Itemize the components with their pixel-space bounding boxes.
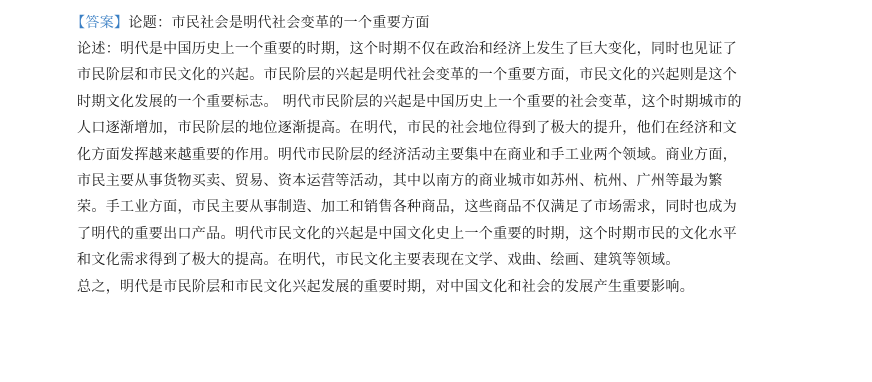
argument-line: 时期文化发展的一个重要标志。 明代市民阶层的兴起是中国历史上一个重要的社会变革，…	[77, 89, 857, 115]
thesis-line: 【答案】论题：市民社会是明代社会变革的一个重要方面	[77, 10, 857, 36]
argument-line: 市民主要从事货物买卖、贸易、资本运营等活动，其中以南方的商业城市如苏州、杭州、广…	[77, 168, 857, 194]
argument-paragraph: 论述：明代是中国历史上一个重要的时期，这个时期不仅在政治和经济上发生了巨大变化，…	[77, 36, 857, 274]
conclusion-line: 总之，明代是市民阶层和市民文化兴起发展的重要时期，对中国文化和社会的发展产生重要…	[77, 274, 857, 300]
argument-line: 市民阶层和市民文化的兴起。市民阶层的兴起是明代社会变革的一个重要方面，市民文化的…	[77, 62, 857, 88]
argument-line: 化方面发挥越来越重要的作用。明代市民阶层的经济活动主要集中在商业和手工业两个领域…	[77, 142, 857, 168]
argument-line: 人口逐渐增加，市民阶层的地位逐渐提高。在明代，市民的社会地位得到了极大的提升，他…	[77, 115, 857, 141]
argument-line: 论述：明代是中国历史上一个重要的时期，这个时期不仅在政治和经济上发生了巨大变化，…	[77, 36, 857, 62]
thesis-text: 论题：市民社会是明代社会变革的一个重要方面	[128, 15, 429, 31]
argument-line: 荣。手工业方面，市民主要从事制造、加工和销售各种商品，这些商品不仅满足了市场需求…	[77, 194, 857, 220]
argument-line: 和文化需求得到了极大的提高。在明代，市民文化主要表现在文学、戏曲、绘画、建筑等领…	[77, 247, 857, 273]
answer-document: 【答案】论题：市民社会是明代社会变革的一个重要方面 论述：明代是中国历史上一个重…	[77, 10, 857, 300]
argument-line: 了明代的重要出口产品。明代市民文化的兴起是中国文化史上一个重要的时期，这个时期市…	[77, 221, 857, 247]
answer-tag: 【答案】	[71, 15, 128, 31]
